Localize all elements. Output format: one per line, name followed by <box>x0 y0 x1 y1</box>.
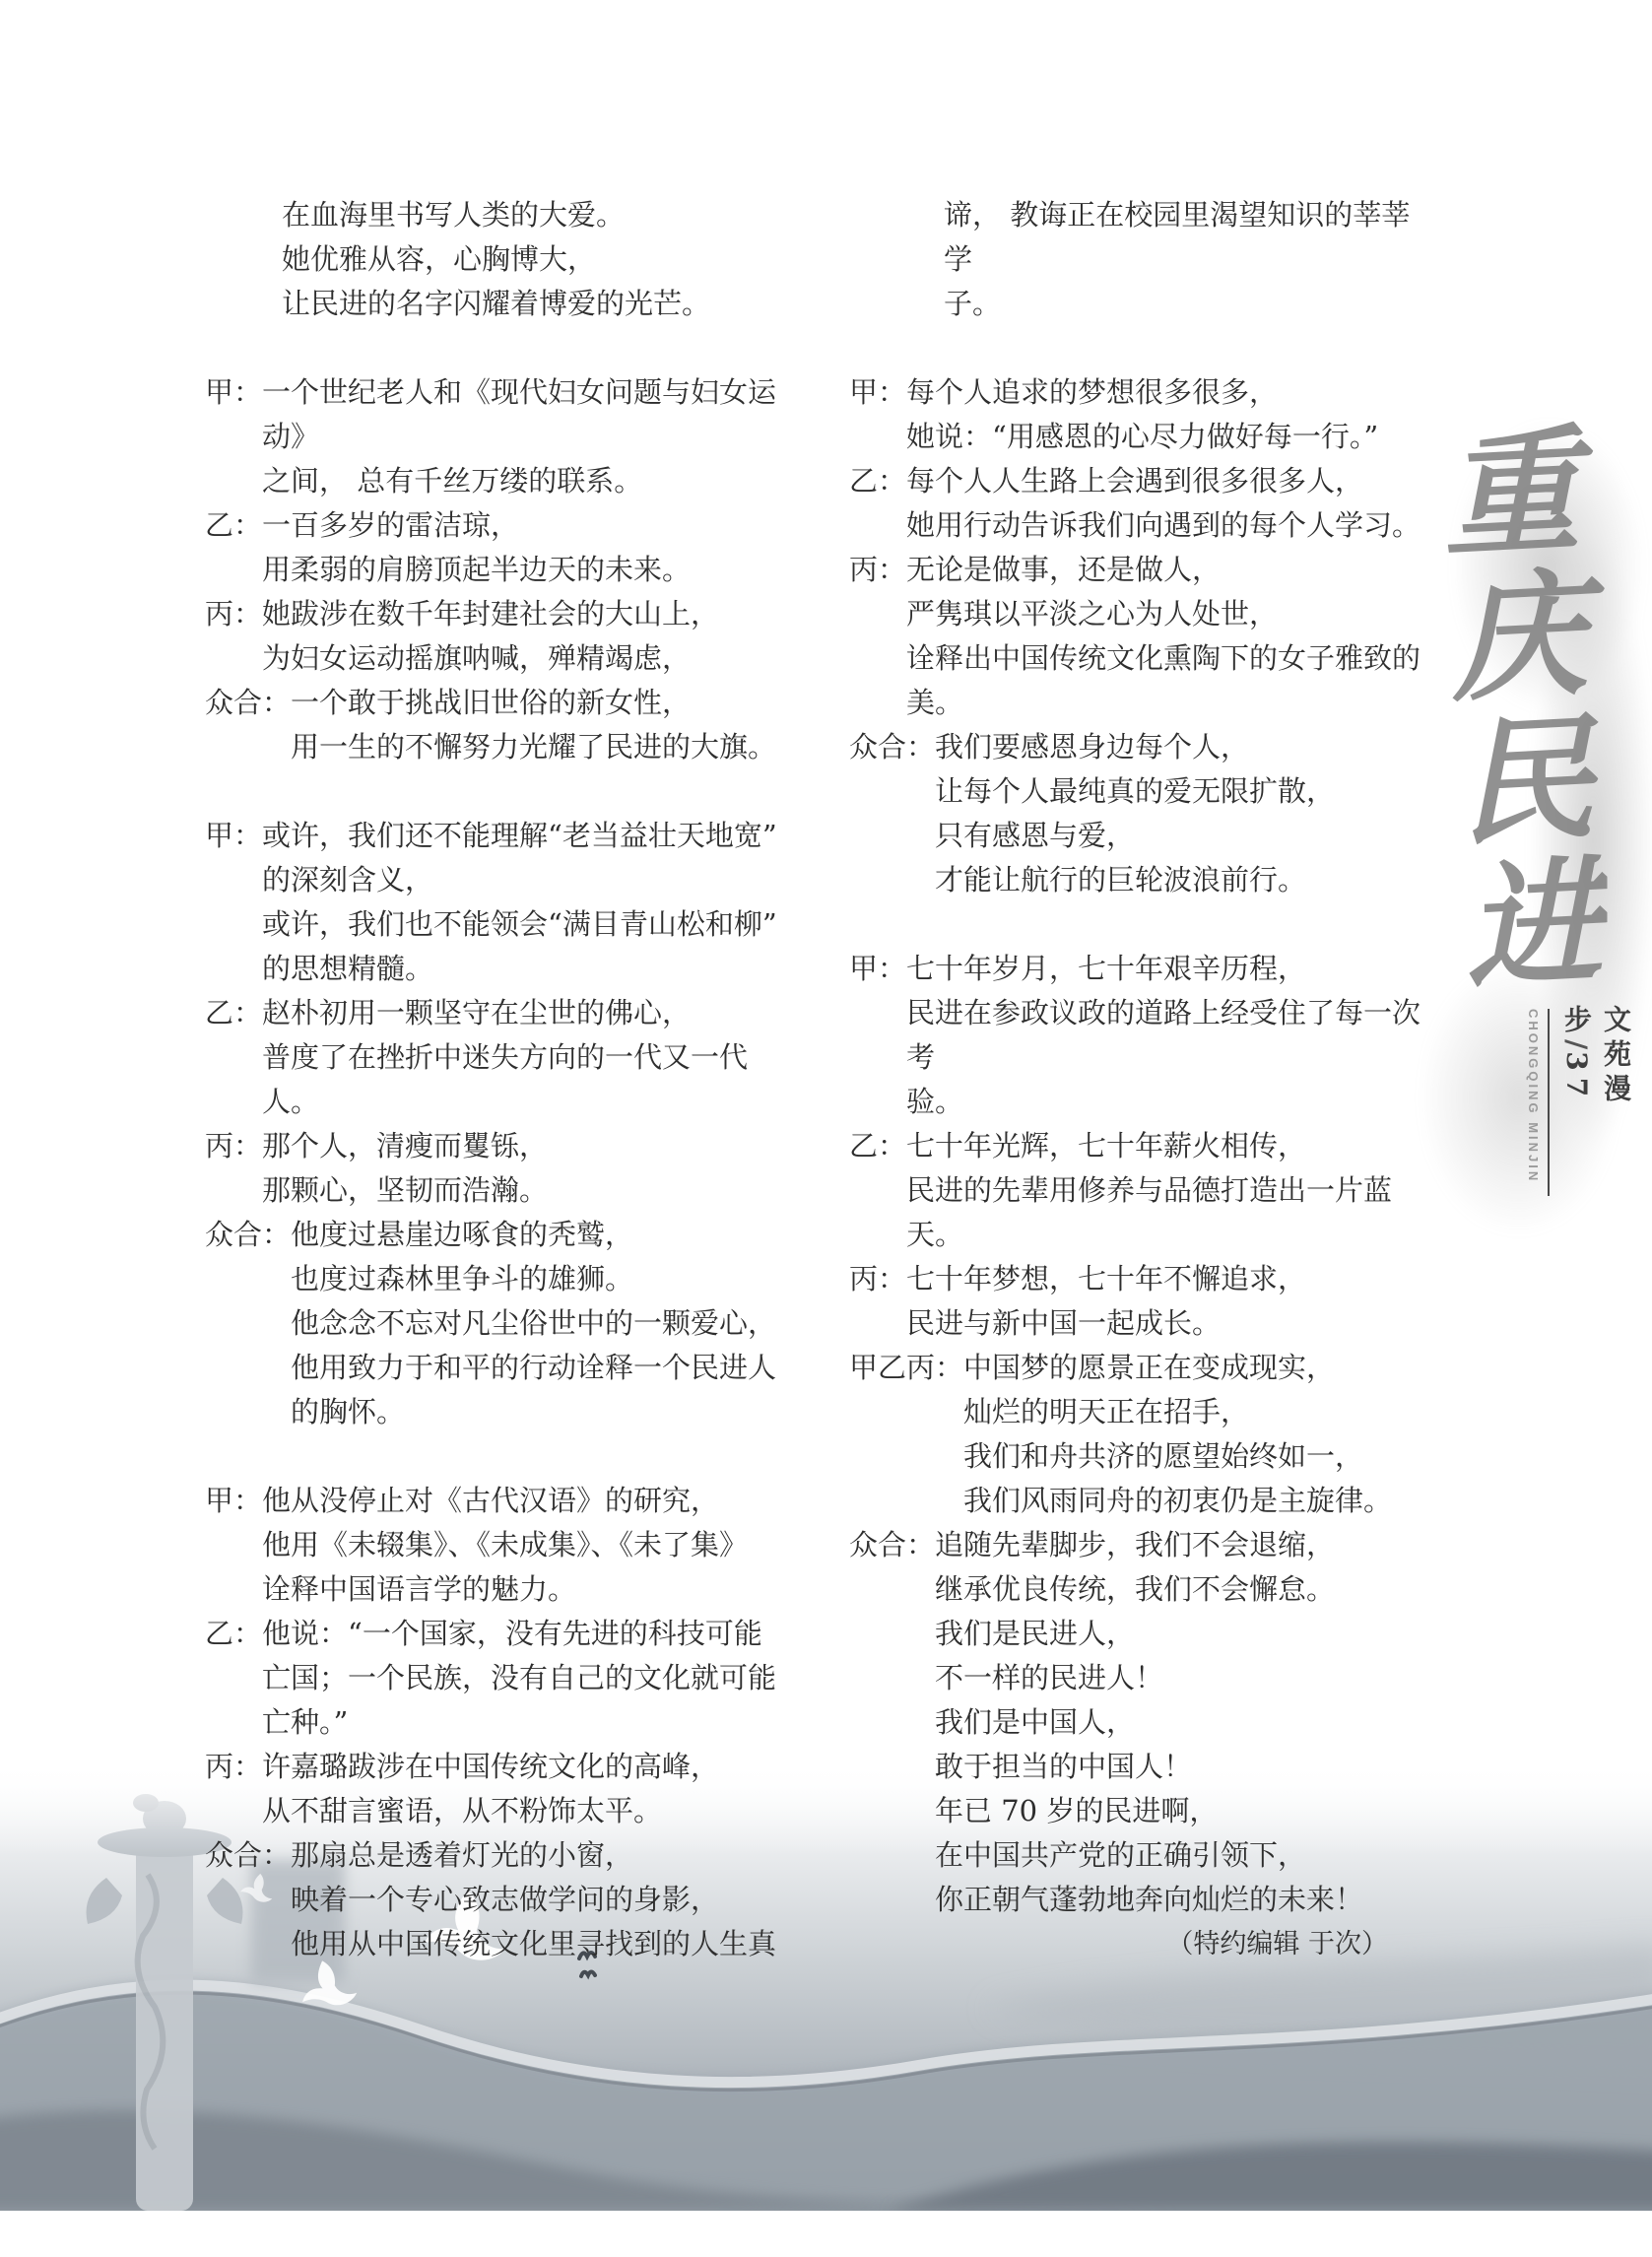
script-line: 七十年梦想，七十年不懈追求， <box>906 1257 1435 1301</box>
dialogue-lines: 那扇总是透着灯光的小窗，映着一个专心致志做学问的身影，他用从中国传统文化里寻找到… <box>291 1833 781 1966</box>
script-line: 他用致力于和平的行动诠释一个民进人 <box>291 1346 781 1390</box>
script-line: 灿烂的明天正在招手， <box>963 1390 1435 1434</box>
speaker-label: 众合： <box>849 1523 935 1567</box>
script-line: 也度过森林里争斗的雄狮。 <box>291 1257 781 1301</box>
script-line: 那个人，清瘦而矍铄， <box>262 1124 781 1168</box>
dialogue-block: 丙：许嘉璐跋涉在中国传统文化的高峰，从不甜言蜜语，从不粉饰太平。 <box>205 1745 781 1833</box>
dialogue-block: 众合：那扇总是透着灯光的小窗，映着一个专心致志做学问的身影，他用从中国传统文化里… <box>205 1833 781 1966</box>
script-line: 或许，我们还不能理解“老当益壮天地宽” <box>262 814 781 858</box>
editor-credit: （特约编辑 于次） <box>849 1922 1435 1966</box>
script-line: 她优雅从容，心胸博大， <box>282 237 781 282</box>
script-line: 年已 70 岁的民进啊， <box>935 1789 1435 1833</box>
script-line: 许嘉璐跋涉在中国传统文化的高峰， <box>262 1745 781 1789</box>
speaker-label: 众合： <box>205 1833 291 1878</box>
script-line: 亡国；一个民族，没有自己的文化就可能 <box>262 1656 781 1700</box>
script-line: 民进与新中国一起成长。 <box>906 1301 1435 1346</box>
script-line: 的思想精髓。 <box>262 947 781 991</box>
dialogue-block: 众合：我们要感恩身边每个人，让每个人最纯真的爱无限扩散，只有感恩与爱，才能让航行… <box>849 725 1435 902</box>
dialogue-block: 丙：无论是做事，还是做人，严隽琪以平淡之心为人处世，诠释出中国传统文化熏陶下的女… <box>849 548 1435 725</box>
speaker-label: 乙： <box>849 459 906 503</box>
section-page-slash: / <box>1560 1039 1593 1051</box>
continuation-block: 在血海里书写人类的大爱。她优雅从容，心胸博大，让民进的名字闪耀着博爱的光芒。 <box>205 193 781 326</box>
dialogue-lines: 一百多岁的雷洁琼，用柔弱的肩膀顶起半边天的未来。 <box>262 503 781 592</box>
dialogue-block: 乙：他说：“一个国家，没有先进的科技可能亡国；一个民族，没有自己的文化就可能亡种… <box>205 1612 781 1745</box>
dialogue-lines: 每个人人生路上会遇到很多很多人，她用行动告诉我们向遇到的每个人学习。 <box>906 459 1435 548</box>
speaker-label: 众合： <box>849 725 935 769</box>
speaker-label: 众合： <box>205 681 291 725</box>
page-number: 37 <box>1560 1051 1593 1103</box>
section-latin-label: CHONGQING MINJIN <box>1526 1009 1541 1183</box>
script-line: 他用《未辍集》、《未成集》、《未了集》 <box>262 1523 781 1567</box>
speaker-label: 丙： <box>205 1745 262 1789</box>
script-line: 一个世纪老人和《现代妇女问题与妇女运动》 <box>262 370 781 459</box>
script-line: 我们是民进人， <box>935 1612 1435 1656</box>
script-line: 我们风雨同舟的初衷仍是主旋律。 <box>963 1479 1435 1523</box>
dialogue-block: 乙：赵朴初用一颗坚守在尘世的佛心，普度了在挫折中迷失方向的一代又一代人。 <box>205 991 781 1124</box>
dialogue-lines: 一个敢于挑战旧世俗的新女性，用一生的不懈努力光耀了民进的大旗。 <box>291 681 781 769</box>
script-line: 民进的先辈用修养与品德打造出一片蓝天。 <box>906 1168 1435 1257</box>
dialogue-lines: 我们要感恩身边每个人，让每个人最纯真的爱无限扩散，只有感恩与爱，才能让航行的巨轮… <box>935 725 1435 902</box>
dialogue-block: 甲：或许，我们还不能理解“老当益壮天地宽”的深刻含义，或许，我们也不能领会“满目… <box>205 814 781 991</box>
script-line: 他念念不忘对凡尘俗世中的一颗爱心， <box>291 1301 781 1346</box>
script-line: 用一生的不懈努力光耀了民进的大旗。 <box>291 725 781 769</box>
dialogue-block: 乙：每个人人生路上会遇到很多很多人，她用行动告诉我们向遇到的每个人学习。 <box>849 459 1435 548</box>
speaker-label: 丙： <box>849 548 906 592</box>
dialogue-lines: 七十年岁月，七十年艰辛历程，民进在参政议政的道路上经受住了每一次考验。 <box>906 947 1435 1124</box>
script-line: 民进在参政议政的道路上经受住了每一次考 <box>906 991 1435 1080</box>
script-line: 每个人追求的梦想很多很多， <box>906 370 1435 415</box>
dialogue-lines: 每个人追求的梦想很多很多，她说：“用感恩的心尽力做好每一行。” <box>906 370 1435 459</box>
speaker-label: 甲： <box>205 814 262 858</box>
section-tab: CHONGQING MINJIN 文苑漫步/37 <box>1526 1005 1635 1207</box>
dialogue-lines: 他从没停止对《古代汉语》的研究，他用《未辍集》、《未成集》、《未了集》诠释中国语… <box>262 1479 781 1612</box>
speaker-label: 丙： <box>205 1124 262 1168</box>
script-line: 从不甜言蜜语，从不粉饰太平。 <box>262 1789 781 1833</box>
dialogue-block: 甲：一个世纪老人和《现代妇女问题与妇女运动》之间， 总有千丝万缕的联系。 <box>205 370 781 503</box>
dialogue-lines: 她跋涉在数千年封建社会的大山上，为妇女运动摇旗呐喊，殚精竭虑， <box>262 592 781 681</box>
section-label: 文苑漫步/37 <box>1556 1005 1635 1207</box>
dialogue-lines: 在血海里书写人类的大爱。她优雅从容，心胸博大，让民进的名字闪耀着博爱的光芒。 <box>282 193 781 326</box>
script-line: 他用从中国传统文化里寻找到的人生真 <box>291 1922 781 1966</box>
script-line: 继承优良传统，我们不会懈怠。 <box>935 1567 1435 1612</box>
script-line: 严隽琪以平淡之心为人处世， <box>906 592 1435 636</box>
script-line: 为妇女运动摇旗呐喊，殚精竭虑， <box>262 636 781 681</box>
script-line: 谛， 教诲正在校园里渴望知识的莘莘学 <box>944 193 1435 282</box>
dialogue-lines: 他说：“一个国家，没有先进的科技可能亡国；一个民族，没有自己的文化就可能亡种。” <box>262 1612 781 1745</box>
speaker-label: 丙： <box>849 1257 906 1301</box>
dialogue-lines: 无论是做事，还是做人，严隽琪以平淡之心为人处世，诠释出中国传统文化熏陶下的女子雅… <box>906 548 1435 725</box>
script-line: 我们要感恩身边每个人， <box>935 725 1435 769</box>
dialogue-block: 乙：七十年光辉，七十年薪火相传，民进的先辈用修养与品德打造出一片蓝天。 <box>849 1124 1435 1257</box>
masthead-calligraphy: 重庆民进 <box>1428 419 1596 1035</box>
right-text-column: 谛， 教诲正在校园里渴望知识的莘莘学子。甲：每个人追求的梦想很多很多，她说：“用… <box>849 193 1435 1966</box>
script-line: 之间， 总有千丝万缕的联系。 <box>262 459 781 503</box>
dialogue-block: 甲：每个人追求的梦想很多很多，她说：“用感恩的心尽力做好每一行。” <box>849 370 1435 459</box>
script-line: 每个人人生路上会遇到很多很多人， <box>906 459 1435 503</box>
dialogue-block: 众合：追随先辈脚步，我们不会退缩，继承优良传统，我们不会懈怠。我们是民进人，不一… <box>849 1523 1435 1922</box>
speaker-label: 甲： <box>205 1479 262 1523</box>
script-line: 中国梦的愿景正在变成现实， <box>963 1346 1435 1390</box>
script-line: 或许，我们也不能领会“满目青山松和柳” <box>262 902 781 947</box>
dialogue-block: 甲：七十年岁月，七十年艰辛历程，民进在参政议政的道路上经受住了每一次考验。 <box>849 947 1435 1124</box>
script-line: 在中国共产党的正确引领下， <box>935 1833 1435 1878</box>
dialogue-block: 众合：一个敢于挑战旧世俗的新女性，用一生的不懈努力光耀了民进的大旗。 <box>205 681 781 769</box>
script-line: 一百多岁的雷洁琼， <box>262 503 781 548</box>
script-line: 验。 <box>906 1080 1435 1124</box>
speaker-label: 甲： <box>849 947 906 991</box>
script-line: 只有感恩与爱， <box>935 814 1435 858</box>
script-line: 在血海里书写人类的大爱。 <box>282 193 781 237</box>
script-line: 她用行动告诉我们向遇到的每个人学习。 <box>906 503 1435 548</box>
magazine-page: 重庆民进 CHONGQING MINJIN 文苑漫步/37 <box>0 0 1652 2257</box>
script-line: 那颗心，坚韧而浩瀚。 <box>262 1168 781 1213</box>
script-line: 他说：“一个国家，没有先进的科技可能 <box>262 1612 781 1656</box>
speaker-label: 甲： <box>849 370 906 415</box>
dialogue-lines: 或许，我们还不能理解“老当益壮天地宽”的深刻含义，或许，我们也不能领会“满目青山… <box>262 814 781 991</box>
dialogue-block: 甲：他从没停止对《古代汉语》的研究，他用《未辍集》、《未成集》、《未了集》诠释中… <box>205 1479 781 1612</box>
dialogue-lines: 谛， 教诲正在校园里渴望知识的莘莘学子。 <box>944 193 1435 326</box>
script-line: 无论是做事，还是做人， <box>906 548 1435 592</box>
script-line: 你正朝气蓬勃地奔向灿烂的未来！ <box>935 1878 1435 1922</box>
script-line: 她跋涉在数千年封建社会的大山上， <box>262 592 781 636</box>
dialogue-lines: 赵朴初用一颗坚守在尘世的佛心，普度了在挫折中迷失方向的一代又一代人。 <box>262 991 781 1124</box>
dialogue-block: 丙：那个人，清瘦而矍铄，那颗心，坚韧而浩瀚。 <box>205 1124 781 1213</box>
speaker-label: 甲乙丙： <box>849 1346 963 1390</box>
script-line: 七十年光辉，七十年薪火相传， <box>906 1124 1435 1168</box>
script-line: 他度过悬崖边啄食的秃鹫， <box>291 1213 781 1257</box>
script-line: 一个敢于挑战旧世俗的新女性， <box>291 681 781 725</box>
script-line: 让每个人最纯真的爱无限扩散， <box>935 769 1435 814</box>
script-line: 敢于担当的中国人！ <box>935 1745 1435 1789</box>
speaker-label: 甲： <box>205 370 262 415</box>
continuation-block: 谛， 教诲正在校园里渴望知识的莘莘学子。 <box>849 193 1435 326</box>
dialogue-lines: 许嘉璐跋涉在中国传统文化的高峰，从不甜言蜜语，从不粉饰太平。 <box>262 1745 781 1833</box>
script-line: 我们是中国人， <box>935 1700 1435 1745</box>
script-line: 七十年岁月，七十年艰辛历程， <box>906 947 1435 991</box>
script-line: 美。 <box>906 681 1435 725</box>
script-line: 普度了在挫折中迷失方向的一代又一代人。 <box>262 1035 781 1124</box>
dialogue-lines: 七十年光辉，七十年薪火相传，民进的先辈用修养与品德打造出一片蓝天。 <box>906 1124 1435 1257</box>
script-line: 诠释中国语言学的魅力。 <box>262 1567 781 1612</box>
script-line: 的深刻含义， <box>262 858 781 902</box>
dialogue-lines: 他度过悬崖边啄食的秃鹫，也度过森林里争斗的雄狮。他念念不忘对凡尘俗世中的一颗爱心… <box>291 1213 781 1434</box>
section-divider-line <box>1548 1009 1550 1196</box>
script-line: 赵朴初用一颗坚守在尘世的佛心， <box>262 991 781 1035</box>
script-line: 我们和舟共济的愿望始终如一， <box>963 1434 1435 1479</box>
dialogue-lines: 七十年梦想，七十年不懈追求，民进与新中国一起成长。 <box>906 1257 1435 1346</box>
script-line: 才能让航行的巨轮波浪前行。 <box>935 858 1435 902</box>
dialogue-block: 丙：她跋涉在数千年封建社会的大山上，为妇女运动摇旗呐喊，殚精竭虑， <box>205 592 781 681</box>
dialogue-lines: 那个人，清瘦而矍铄，那颗心，坚韧而浩瀚。 <box>262 1124 781 1213</box>
speaker-label: 乙： <box>849 1124 906 1168</box>
speaker-label: 乙： <box>205 1612 262 1656</box>
script-line: 映着一个专心致志做学问的身影， <box>291 1878 781 1922</box>
script-line: 让民进的名字闪耀着博爱的光芒。 <box>282 282 781 326</box>
script-line: 不一样的民进人！ <box>935 1656 1435 1700</box>
dialogue-block: 乙：一百多岁的雷洁琼，用柔弱的肩膀顶起半边天的未来。 <box>205 503 781 592</box>
script-line: 诠释出中国传统文化熏陶下的女子雅致的 <box>906 636 1435 681</box>
speaker-label: 乙： <box>205 991 262 1035</box>
dialogue-block: 众合：他度过悬崖边啄食的秃鹫，也度过森林里争斗的雄狮。他念念不忘对凡尘俗世中的一… <box>205 1213 781 1434</box>
script-line: 她说：“用感恩的心尽力做好每一行。” <box>906 415 1435 459</box>
speaker-label: 众合： <box>205 1213 291 1257</box>
script-line: 亡种。” <box>262 1700 781 1745</box>
dialogue-block: 甲乙丙：中国梦的愿景正在变成现实，灿烂的明天正在招手，我们和舟共济的愿望始终如一… <box>849 1346 1435 1523</box>
speaker-label: 乙： <box>205 503 262 548</box>
script-line: 的胸怀。 <box>291 1390 781 1434</box>
script-line: 他从没停止对《古代汉语》的研究， <box>262 1479 781 1523</box>
script-line: 用柔弱的肩膀顶起半边天的未来。 <box>262 548 781 592</box>
script-line: 那扇总是透着灯光的小窗， <box>291 1833 781 1878</box>
left-text-column: 在血海里书写人类的大爱。她优雅从容，心胸博大，让民进的名字闪耀着博爱的光芒。甲：… <box>205 193 781 1966</box>
dialogue-lines: 中国梦的愿景正在变成现实，灿烂的明天正在招手，我们和舟共济的愿望始终如一，我们风… <box>963 1346 1435 1523</box>
dialogue-block: 丙：七十年梦想，七十年不懈追求，民进与新中国一起成长。 <box>849 1257 1435 1346</box>
script-line: 子。 <box>944 282 1435 326</box>
dialogue-lines: 追随先辈脚步，我们不会退缩，继承优良传统，我们不会懈怠。我们是民进人，不一样的民… <box>935 1523 1435 1922</box>
speaker-label: 丙： <box>205 592 262 636</box>
dialogue-lines: 一个世纪老人和《现代妇女问题与妇女运动》之间， 总有千丝万缕的联系。 <box>262 370 781 503</box>
script-line: 追随先辈脚步，我们不会退缩， <box>935 1523 1435 1567</box>
